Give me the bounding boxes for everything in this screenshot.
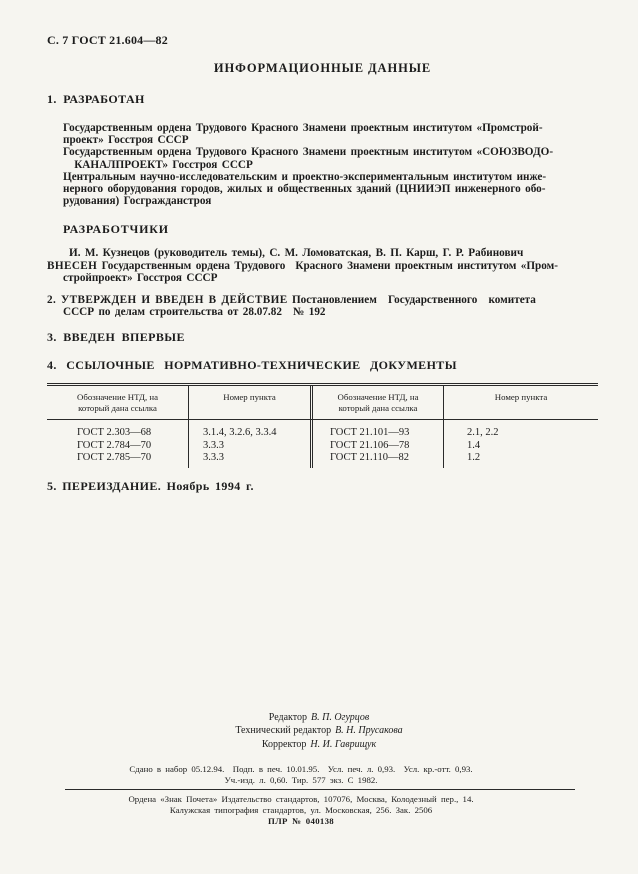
table-cell: ГОСТ 2.784—70 <box>47 440 188 452</box>
submitted-by-continuation: стройпроект» Госстроя СССР <box>63 272 598 284</box>
publisher-line-2: Калужская типография стандартов, ул. Мос… <box>45 805 557 816</box>
table-cell: ГОСТ 2.303—68 <box>47 427 188 439</box>
col-header-ntd-left: Обозначение НТД, на который дана ссылка <box>47 386 189 419</box>
table-cell: ГОСТ 21.110—82 <box>313 452 443 464</box>
publisher-line-1: Ордена «Знак Почета» Издательство станда… <box>45 794 557 805</box>
page-number-and-standard-ref: С. 7 ГОСТ 21.604—82 <box>47 33 598 48</box>
table-cell: ГОСТ 2.785—70 <box>47 452 188 464</box>
developers-heading: РАЗРАБОТЧИКИ <box>63 222 598 237</box>
table-cell: 3.3.3 <box>189 440 310 452</box>
table-column-clause-left: 3.1.4, 3.2.6, 3.3.4 3.3.3 3.3.3 <box>189 420 313 468</box>
developer-org-1: Государственным ордена Трудового Красног… <box>63 122 598 146</box>
section-2-line: 2. УТВЕРЖДЕН И ВВЕДЕН В ДЕЙСТВИЕ Постано… <box>47 294 598 306</box>
table-column-ntd-right: ГОСТ 21.101—93 ГОСТ 21.106—78 ГОСТ 21.11… <box>313 420 444 468</box>
imprint-line-1: Сдано в набор 05.12.94. Подп. в печ. 10.… <box>45 764 557 775</box>
table-cell: ГОСТ 21.106—78 <box>313 440 443 452</box>
table-column-clause-right: 2.1, 2.2 1.4 1.2 <box>444 420 598 468</box>
editor-line: РедакторВ. П. Огурцов <box>0 711 638 724</box>
submitted-by-line: ВНЕСЕН Государственным ордена Трудового … <box>47 260 598 272</box>
submitted-by-label: ВНЕСЕН <box>47 260 97 272</box>
section-2-heading: 2. УТВЕРЖДЕН И ВВЕДЕН В ДЕЙСТВИЕ <box>47 294 288 306</box>
imprint-line-2: Уч.-изд. л. 0,60. Тир. 577 экз. С 1982. <box>45 775 557 786</box>
col-header-ntd-right: Обозначение НТД, на который дана ссылка <box>313 386 444 419</box>
editor-role: Редактор <box>269 712 307 723</box>
references-table-header: Обозначение НТД, на который дана ссылка … <box>47 386 598 420</box>
editors-block: РедакторВ. П. Огурцов Технический редакт… <box>0 711 638 751</box>
col-header-clause-right: Номер пункта <box>444 386 598 419</box>
section-5-heading: 5. ПЕРЕИЗДАНИЕ. Ноябрь 1994 г. <box>47 479 598 494</box>
editor-role: Корректор <box>262 739 307 750</box>
editor-line: Технический редакторВ. Н. Прусакова <box>0 724 638 737</box>
submitted-by-text: Государственным ордена Трудового Красног… <box>97 260 558 272</box>
developer-org-3: Центральным научно-исследовательским и п… <box>63 171 598 208</box>
section-2-resolution: Постановлением Государственного комитета <box>288 294 536 306</box>
col-header-clause-left: Номер пункта <box>189 386 313 419</box>
editor-name: Н. И. Гаврищук <box>310 739 376 750</box>
section-4-heading: 4. ССЫЛОЧНЫЕ НОРМАТИВНО-ТЕХНИЧЕСКИЕ ДОКУ… <box>47 358 598 373</box>
table-cell: 1.2 <box>444 452 598 464</box>
references-table-body: ГОСТ 2.303—68 ГОСТ 2.784—70 ГОСТ 2.785—7… <box>47 420 598 468</box>
table-cell: 3.3.3 <box>189 452 310 464</box>
editor-name: В. Н. Прусакова <box>335 725 403 736</box>
document-title: ИНФОРМАЦИОННЫЕ ДАННЫЕ <box>47 61 598 76</box>
table-cell: 2.1, 2.2 <box>444 427 598 439</box>
editor-line: КорректорН. И. Гаврищук <box>0 738 638 751</box>
table-cell: 3.1.4, 3.2.6, 3.3.4 <box>189 427 310 439</box>
editor-name: В. П. Огурцов <box>311 712 369 723</box>
developer-org-2: Государственным ордена Трудового Красног… <box>63 146 598 170</box>
editor-role: Технический редактор <box>235 725 331 736</box>
colophon-divider <box>65 789 575 790</box>
plr-license-number: ПЛР № 040138 <box>45 816 557 827</box>
table-cell: ГОСТ 21.101—93 <box>313 427 443 439</box>
section-1-heading: 1. РАЗРАБОТАН <box>47 92 598 107</box>
developers-names: И. М. Кузнецов (руководитель темы), С. М… <box>69 247 598 259</box>
document-page: С. 7 ГОСТ 21.604—82 ИНФОРМАЦИОННЫЕ ДАННЫ… <box>0 0 638 874</box>
section-2-continuation: СССР по делам строительства от 28.07.82 … <box>63 306 598 318</box>
table-column-ntd-left: ГОСТ 2.303—68 ГОСТ 2.784—70 ГОСТ 2.785—7… <box>47 420 189 468</box>
print-colophon: Сдано в набор 05.12.94. Подп. в печ. 10.… <box>45 764 557 827</box>
section-3-heading: 3. ВВЕДЕН ВПЕРВЫЕ <box>47 330 598 345</box>
table-cell: 1.4 <box>444 440 598 452</box>
page-content: С. 7 ГОСТ 21.604—82 ИНФОРМАЦИОННЫЕ ДАННЫ… <box>0 0 638 494</box>
references-table: Обозначение НТД, на который дана ссылка … <box>47 383 598 468</box>
